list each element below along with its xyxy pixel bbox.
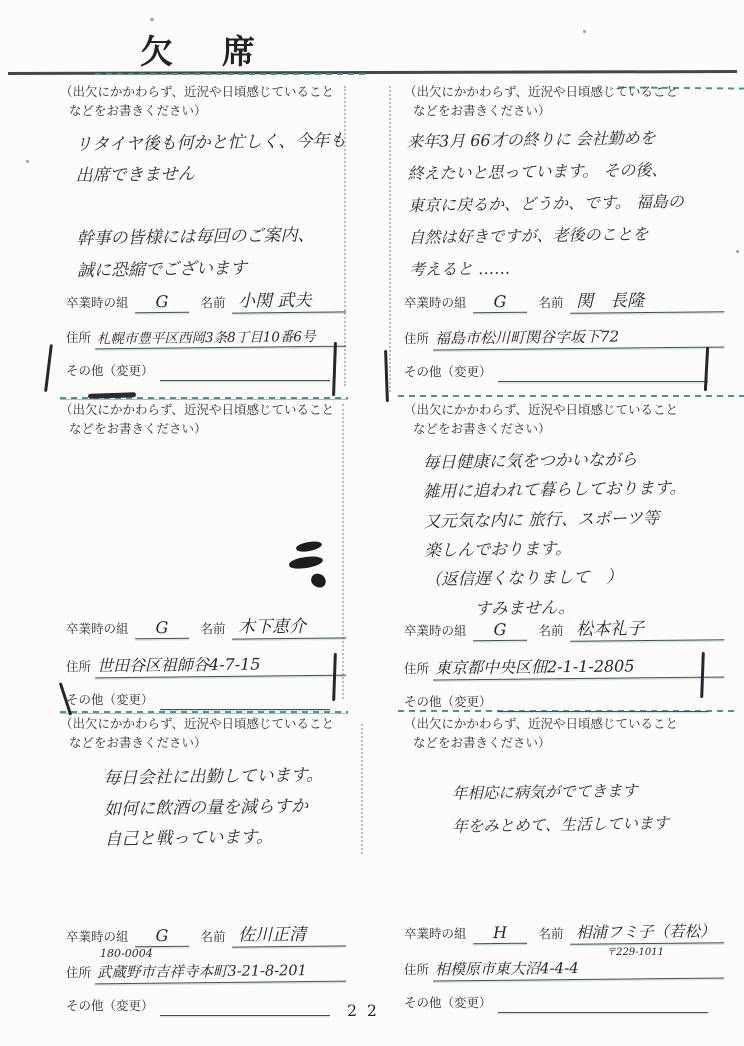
address-label: 住所 [404,659,429,679]
other-value-underline [160,691,330,710]
prompt-line2: などをお書きください） [404,419,728,438]
prompt-line2: などをお書きください） [60,101,350,120]
other-row: その他（変更） [404,362,724,382]
class-name-row: 卒業時の組 G 名前 小関 武夫 [66,286,346,313]
name-label: 名前 [539,293,564,313]
entry-form: 卒業時の組 G 名前 松本礼子 住所 東京都中央区佃2-1-1-2805 その他… [404,614,724,725]
address-row: 住所 福島市松川町関谷字坂下72 [404,326,724,349]
class-label: 卒業時の組 [66,293,129,313]
prompt-line1: （出欠にかかわらず、近況や日頃感じていること [60,400,350,419]
absence-entry-middle-left: （出欠にかかわらず、近況や日頃感じていること などをお書きください） 卒業時の組… [60,400,350,710]
address-label: 住所 [404,329,429,349]
name-value: 関 長隆 [569,285,724,314]
scan-speck [583,30,586,33]
name-label: 名前 [539,621,564,641]
absence-entry-middle-right: （出欠にかかわらず、近況や日頃感じていること などをお書きください） 毎日健康に… [398,400,728,710]
absence-entry-top-left: （出欠にかかわらず、近況や日頃感じていること などをお書きください） リタイヤ後… [60,82,350,394]
prompt-line2: などをお書きください） [60,419,350,438]
other-label: その他（変更） [66,361,154,381]
column-divider [361,724,363,854]
entry-form: 卒業時の組 G 名前 木下恵介 住所 世田谷区祖師谷4-7-15 その他（変更） [66,612,346,723]
class-label: 卒業時の組 [404,924,467,944]
address-row: 〒229-1011 住所 相模原市東大沼4-4-4 [404,957,724,980]
prompt-text: （出欠にかかわらず、近況や日頃感じていること などをお書きください） [398,400,728,439]
prompt-line2: などをお書きください） [404,101,728,120]
address-value: 福島市松川町関谷字坂下72 [433,324,724,350]
address-label: 住所 [404,960,429,980]
handwritten-message: 来年3月 66才の終りに 会社勤めを 終えたいと思っています。 その後、 東京に… [407,122,685,286]
name-label: 名前 [201,293,226,313]
entry-form: 卒業時の組 G 名前 小関 武夫 住所 札幌市豊平区西岡3条8丁目10番6号 そ… [66,286,346,394]
name-value: 木下恵介 [231,611,346,639]
prompt-text: （出欠にかかわらず、近況や日頃感じていること などをお書きください） [398,82,728,121]
class-value: G [134,926,188,948]
other-row: その他（変更） [66,361,346,381]
name-label: 名前 [539,924,564,944]
prompt-text: （出欠にかかわらず、近況や日頃感じていること などをお書きください） [60,400,350,439]
name-label: 名前 [201,927,226,947]
other-value-underline [160,362,330,381]
handwritten-message: 毎日健康に気をつかいながら 雑用に追われて暮らしております。 又元気な内に 旅行… [423,444,688,624]
other-row: その他（変更） [66,690,346,710]
absence-entry-bottom-right: （出欠にかかわらず、近況や日頃感じていること などをお書きください） 年相応に病… [398,714,728,1006]
address-value: 武蔵野市吉祥寺本町3-21-8-201 [95,959,346,985]
class-name-row: 卒業時の組 G 名前 関 長隆 [404,286,724,313]
prompt-line2: などをお書きください） [404,733,728,752]
other-label: その他（変更） [66,690,154,710]
address-row: 180-0004 住所 武蔵野市吉祥寺本町3-21-8-201 [66,960,346,983]
handwritten-message: リタイヤ後も何かと忙しく、今年も 出席できません 幹事の皆様には毎回のご案内、 … [75,126,349,287]
prompt-line1: （出欠にかかわらず、近況や日頃感じていること [60,82,350,101]
class-name-row: 卒業時の組 G 名前 松本礼子 [404,614,724,641]
scanned-absence-page: 欠 席 （出欠にかかわらず、近況や日頃感じていること などをお書きください） リ… [0,0,744,1046]
prompt-text: （出欠にかかわらず、近況や日頃感じていること などをお書きください） [398,714,728,753]
address-label: 住所 [66,963,91,983]
prompt-text: （出欠にかかわらず、近況や日頃感じていること などをお書きください） [60,714,350,753]
name-label: 名前 [201,619,226,639]
column-divider [389,86,391,392]
class-value: G [134,292,188,314]
pen-tick [384,350,388,402]
scan-speck [150,18,154,21]
address-value: 相模原市東大沼4-4-4 [433,955,724,981]
address-row: 住所 世田谷区祖師谷4-7-15 [66,652,346,677]
name-value: 小関 武夫 [231,285,346,313]
address-value: 札幌市豊平区西岡3条8丁目10番6号 [95,325,346,350]
other-value-underline [498,693,708,712]
scan-speck [736,250,739,253]
class-label: 卒業時の組 [66,927,129,947]
section-divider-dashed [398,395,744,397]
scan-speck [26,160,29,163]
class-name-row: 卒業時の組 G 名前 木下恵介 [66,612,346,639]
class-value: H [472,923,526,945]
other-label: その他（変更） [404,362,492,382]
other-row: その他（変更） [404,692,724,712]
class-value: G [472,620,526,642]
class-label: 卒業時の組 [66,619,129,639]
prompt-line1: （出欠にかかわらず、近況や日頃感じていること [404,82,728,101]
handwritten-message: 年相応に病気がでてきます 年をみとめて、生活しています [451,774,669,844]
class-name-row: 卒業時の組 G 名前 佐川正清 [66,920,346,947]
entry-form: 卒業時の組 G 名前 関 長隆 住所 福島市松川町関谷字坂下72 その他（変更） [404,286,724,395]
name-value: 松本礼子 [569,613,724,642]
address-label: 住所 [66,328,91,348]
address-value: 世田谷区祖師谷4-7-15 [95,651,346,679]
pen-tick [44,344,52,392]
class-label: 卒業時の組 [404,621,467,641]
other-label: その他（変更） [404,692,492,712]
class-value: G [134,618,188,640]
address-value: 東京都中央区佃2-1-1-2805 [433,652,724,680]
prompt-line1: （出欠にかかわらず、近況や日頃感じていること [60,714,350,733]
prompt-line1: （出欠にかかわらず、近況や日頃感じていること [404,714,728,733]
address-row: 住所 東京都中央区佃2-1-1-2805 [404,654,724,679]
absence-entry-top-right: （出欠にかかわらず、近況や日頃感じていること などをお書きください） 来年3月 … [398,82,728,394]
address-label: 住所 [66,657,91,677]
name-value: 佐川正清 [231,919,346,947]
prompt-text: （出欠にかかわらず、近況や日頃感じていること などをお書きください） [60,82,350,121]
class-value: G [472,292,526,314]
address-postal-note: 180-0004 [100,947,153,960]
absence-entry-bottom-left: （出欠にかかわらず、近況や日頃感じていること などをお書きください） 毎日会社に… [60,714,350,1006]
class-label: 卒業時の組 [404,293,467,313]
prompt-line2: などをお書きください） [60,733,350,752]
address-row: 住所 札幌市豊平区西岡3条8丁目10番6号 [66,326,346,348]
page-number: 22 [0,1002,734,1020]
class-name-row: 卒業時の組 H 名前 相浦フミ子（若松） [404,920,724,944]
handwritten-message: 毎日会社に出勤しています。 如何に飲酒の量を減らすか 自己と戦っています。 [103,760,324,855]
other-value-underline [498,363,708,382]
prompt-line1: （出欠にかかわらず、近況や日頃感じていること [404,400,728,419]
page-title: 欠 席 [140,26,263,73]
name-value: 相浦フミ子（若松） [569,919,724,945]
header-dashed-line-left [95,73,365,75]
